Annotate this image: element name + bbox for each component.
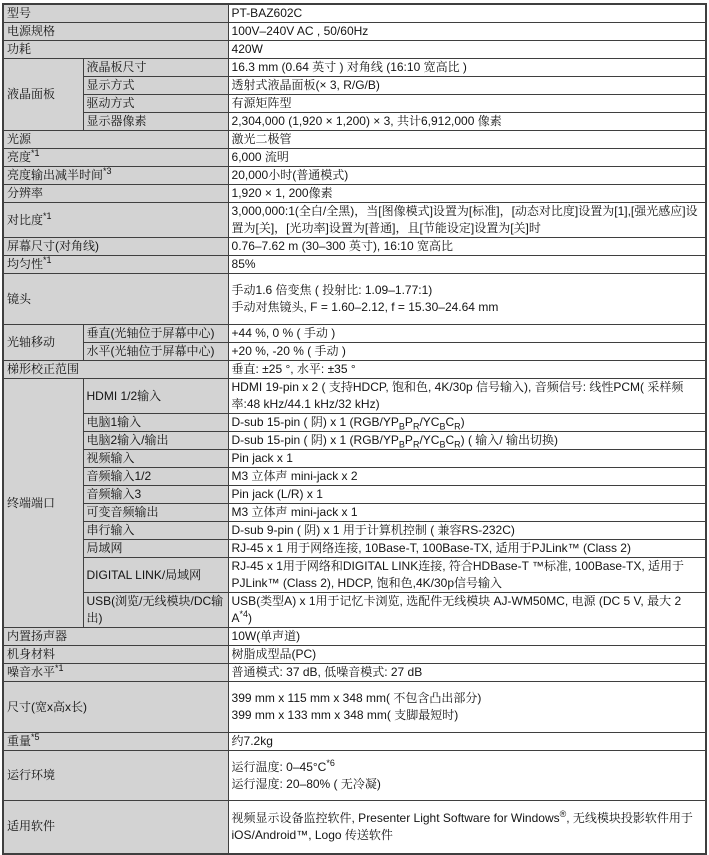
footnote-mark: *3	[103, 167, 112, 177]
lens-shift-vertical-label: 垂直(光轴位于屏幕中心)	[83, 325, 228, 343]
audio12-label: 音频输入1/2	[83, 468, 228, 486]
light-source-label: 光源	[3, 131, 228, 149]
brightness-value: 6,000 流明	[228, 149, 706, 167]
variable-audio-out-label: 可变音频输出	[83, 504, 228, 522]
noise-label: 噪音水平*1	[3, 664, 228, 682]
uniformity-label: 均匀性*1	[3, 256, 228, 274]
usb-label: USB(浏览/无线模块/DC输出)	[83, 593, 228, 628]
usb-value: USB(类型A) x 1用于记忆卡浏览, 选配件无线模块 AJ-WM50MC, …	[228, 593, 706, 628]
panel-size-value: 16.3 mm (0.64 英寸 ) 对角线 (16:10 宽高比 )	[228, 59, 706, 77]
digital-link-label: DIGITAL LINK/局域网	[83, 558, 228, 593]
audio3-label: 音频输入3	[83, 486, 228, 504]
drive-method-label: 驱动方式	[83, 95, 228, 113]
video-input-value: Pin jack x 1	[228, 450, 706, 468]
speaker-label: 内置扬声器	[3, 628, 228, 646]
value-line: 运行温度: 0–45°C*6	[232, 759, 703, 776]
label-text: 亮度	[7, 150, 31, 164]
spec-sheet: 型号 PT-BAZ602C 电源规格 100V–240V AC , 50/60H…	[0, 0, 709, 855]
computer2-label: 电脑2输入/输出	[83, 432, 228, 450]
text-segment: D-sub 15-pin ( 阴) x 1 (RGB/YP	[232, 415, 399, 429]
lan-value: RJ-45 x 1 用于网络连接, 10Base-T, 100Base-TX, …	[228, 540, 706, 558]
resolution-label: 分辨率	[3, 185, 228, 203]
speaker-value: 10W(单声道)	[228, 628, 706, 646]
footnote-mark: *4	[240, 609, 249, 619]
text-segment: C	[445, 415, 454, 429]
light-source-value: 激光二极管	[228, 131, 706, 149]
weight-value: 约7.2kg	[228, 733, 706, 751]
text-segment: 视频显示设备监控软件, Presenter Light Software for…	[232, 811, 560, 825]
noise-value: 普通模式: 37 dB, 低噪音模式: 27 dB	[228, 664, 706, 682]
value-line: 399 mm x 115 mm x 348 mm( 不包含凸出部分)	[232, 690, 703, 707]
cabinet-value: 树脂成型品(PC)	[228, 646, 706, 664]
lens-shift-horizontal-value: +20 %, -20 % ( 手动 )	[228, 343, 706, 361]
text-segment: P	[405, 415, 413, 429]
power-consumption-value: 420W	[228, 41, 706, 59]
text-segment: 运行温度: 0–45°C	[232, 760, 327, 774]
computer2-value: D-sub 15-pin ( 阴) x 1 (RGB/YPBPR/YCBCR) …	[228, 432, 706, 450]
cabinet-label: 机身材料	[3, 646, 228, 664]
serial-input-label: 串行输入	[83, 522, 228, 540]
serial-input-value: D-sub 9-pin ( 阴) x 1 用于计算机控制 ( 兼容RS-232C…	[228, 522, 706, 540]
audio12-value: M3 立体声 mini-jack x 2	[228, 468, 706, 486]
lens-shift-vertical-value: +44 %, 0 % ( 手动 )	[228, 325, 706, 343]
terminals-group-label: 终端端口	[3, 379, 83, 628]
label-text: 均匀性	[7, 257, 43, 271]
label-text: 重量	[7, 734, 31, 748]
pixels-label: 显示器像素	[83, 113, 228, 131]
text-segment: P	[405, 433, 413, 447]
text-segment: )	[248, 611, 252, 625]
hdmi-value: HDMI 19-pin x 2 ( 支持HDCP, 饱和色, 4K/30p 信号…	[228, 379, 706, 414]
footnote-mark: *1	[55, 664, 64, 674]
power-supply-value: 100V–240V AC , 50/60Hz	[228, 23, 706, 41]
software-label: 适用软件	[3, 801, 228, 854]
half-life-label: 亮度输出减半时间*3	[3, 167, 228, 185]
footnote-mark: *1	[43, 256, 52, 266]
video-input-label: 视频输入	[83, 450, 228, 468]
lens-value: 手动1.6 倍变焦 ( 投射比: 1.09–1.77:1) 手动对焦镜头, F …	[228, 274, 706, 325]
digital-link-value: RJ-45 x 1用于网络和DIGITAL LINK连接, 符合HDBase-T…	[228, 558, 706, 593]
audio3-value: Pin jack (L/R) x 1	[228, 486, 706, 504]
pixels-value: 2,304,000 (1,920 × 1,200) × 3, 共计6,912,0…	[228, 113, 706, 131]
screen-size-value: 0.76–7.62 m (30–300 英寸), 16:10 宽高比	[228, 238, 706, 256]
footnote-mark: *1	[31, 149, 40, 159]
model-label: 型号	[3, 4, 228, 23]
dimensions-label: 尺寸(宽x高x长)	[3, 682, 228, 733]
value-line: 399 mm x 133 mm x 348 mm( 支脚最短时)	[232, 707, 703, 724]
panel-size-label: 液晶板尺寸	[83, 59, 228, 77]
keystone-label: 梯形校正范围	[3, 361, 228, 379]
model-value: PT-BAZ602C	[228, 4, 706, 23]
label-text: 噪音水平	[7, 665, 55, 679]
software-value: 视频显示设备监控软件, Presenter Light Software for…	[228, 801, 706, 854]
footnote-mark: *6	[326, 758, 335, 768]
label-text: 亮度输出减半时间	[7, 168, 103, 182]
dimensions-value: 399 mm x 115 mm x 348 mm( 不包含凸出部分) 399 m…	[228, 682, 706, 733]
resolution-value: 1,920 × 1, 200像素	[228, 185, 706, 203]
display-method-value: 透射式液晶面板(× 3, R/G/B)	[228, 77, 706, 95]
value-line: 运行湿度: 20–80% ( 无冷凝)	[232, 776, 703, 793]
power-consumption-label: 功耗	[3, 41, 228, 59]
hdmi-label: HDMI 1/2输入	[83, 379, 228, 414]
keystone-value: 垂直: ±25 °, 水平: ±35 °	[228, 361, 706, 379]
environment-label: 运行环境	[3, 751, 228, 801]
brightness-label: 亮度*1	[3, 149, 228, 167]
text-segment: D-sub 15-pin ( 阴) x 1 (RGB/YP	[232, 433, 399, 447]
text-segment: /YC	[419, 415, 439, 429]
label-text: 对比度	[7, 213, 43, 227]
text-segment: /YC	[419, 433, 439, 447]
power-supply-label: 电源规格	[3, 23, 228, 41]
half-life-value: 20,000小时(普通模式)	[228, 167, 706, 185]
lens-shift-horizontal-label: 水平(光轴位于屏幕中心)	[83, 343, 228, 361]
drive-method-value: 有源矩阵型	[228, 95, 706, 113]
value-line: 手动1.6 倍变焦 ( 投射比: 1.09–1.77:1)	[232, 282, 703, 299]
spec-table: 型号 PT-BAZ602C 电源规格 100V–240V AC , 50/60H…	[2, 3, 707, 855]
text-segment: USB(类型A) x 1用于记忆卡浏览, 选配件无线模块 AJ-WM50MC, …	[232, 594, 682, 625]
contrast-label: 对比度*1	[3, 203, 228, 238]
text-segment: )	[461, 415, 465, 429]
variable-audio-out-value: M3 立体声 mini-jack x 1	[228, 504, 706, 522]
computer1-label: 电脑1输入	[83, 414, 228, 432]
lens-shift-group-label: 光轴移动	[3, 325, 83, 361]
display-method-label: 显示方式	[83, 77, 228, 95]
computer1-value: D-sub 15-pin ( 阴) x 1 (RGB/YPBPR/YCBCR)	[228, 414, 706, 432]
footnote-mark: *1	[43, 211, 52, 221]
screen-size-label: 屏幕尺寸(对角线)	[3, 238, 228, 256]
contrast-value: 3,000,000:1(全白/全黑)，当[图像模式]设置为[标准]，[动态对比度…	[228, 203, 706, 238]
lcd-panel-group-label: 液晶面板	[3, 59, 83, 131]
uniformity-value: 85%	[228, 256, 706, 274]
environment-value: 运行温度: 0–45°C*6 运行湿度: 20–80% ( 无冷凝)	[228, 751, 706, 801]
text-segment: ) ( 输入/ 输出切换)	[461, 433, 558, 447]
lan-label: 局域网	[83, 540, 228, 558]
value-line: 手动对焦镜头, F = 1.60–2.12, f = 15.30–24.64 m…	[232, 299, 703, 316]
weight-label: 重量*5	[3, 733, 228, 751]
text-segment: C	[445, 433, 454, 447]
footnote-mark: *5	[31, 733, 40, 743]
lens-label: 镜头	[3, 274, 228, 325]
